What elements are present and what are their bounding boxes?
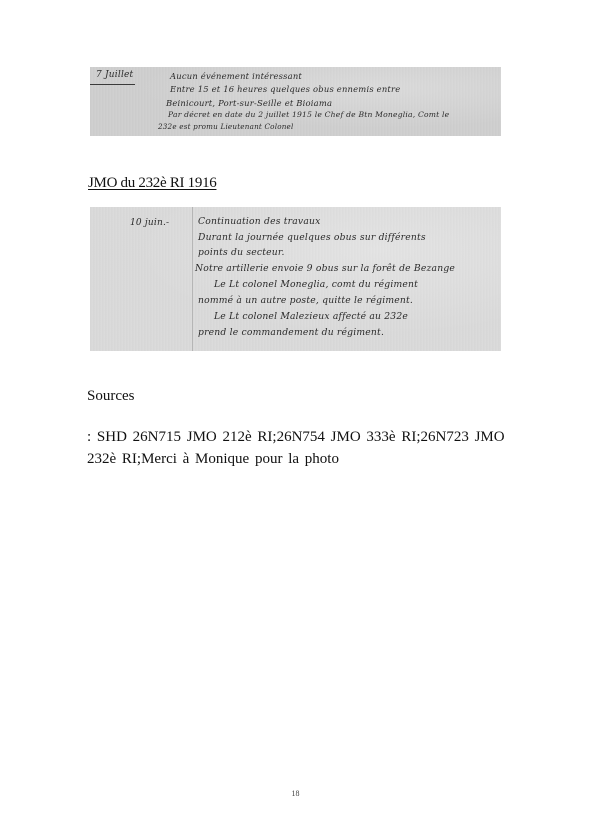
document-page: 7 Juillet Aucun événement intéressant En… <box>0 0 591 827</box>
journal-line: Notre artillerie envoie 9 obus sur la fo… <box>195 263 455 274</box>
journal-line: Le Lt colonel Malezieux affecté au 232e <box>214 311 408 322</box>
handwritten-journal-photo-2: 10 juin.- Continuation des travaux Duran… <box>90 207 501 351</box>
journal-line: Beinicourt, Port-sur-Seille et Bioiama <box>166 98 332 108</box>
page-number: 18 <box>0 789 591 798</box>
sources-title: Sources <box>87 388 135 405</box>
journal-line: Par décret en date du 2 juillet 1915 le … <box>168 110 449 119</box>
journal-line: Entre 15 et 16 heures quelques obus enne… <box>170 84 400 94</box>
journal-line: nommé à un autre poste, quitte le régime… <box>198 295 413 306</box>
journal-line: points du secteur. <box>198 247 285 258</box>
journal-line: prend le commandement du régiment. <box>198 327 384 338</box>
date-underline <box>90 84 135 85</box>
margin-rule <box>192 207 193 351</box>
journal-line: 232e est promu Lieutenant Colonel <box>158 122 294 131</box>
journal-line: Durant la journée quelques obus sur diff… <box>198 232 426 243</box>
journal-line: Continuation des travaux <box>198 216 321 227</box>
journal-line: Aucun événement intéressant <box>170 71 302 81</box>
journal-line: Le Lt colonel Moneglia, comt du régiment <box>214 279 418 290</box>
sources-text: : SHD 26N715 JMO 212è RI;26N754 JMO 333è… <box>87 426 507 470</box>
handwritten-journal-photo-1: 7 Juillet Aucun événement intéressant En… <box>90 67 501 136</box>
section-heading: JMO du 232è RI 1916 <box>88 175 216 192</box>
journal-date: 7 Juillet <box>96 70 133 80</box>
journal-date: 10 juin.- <box>130 218 169 228</box>
